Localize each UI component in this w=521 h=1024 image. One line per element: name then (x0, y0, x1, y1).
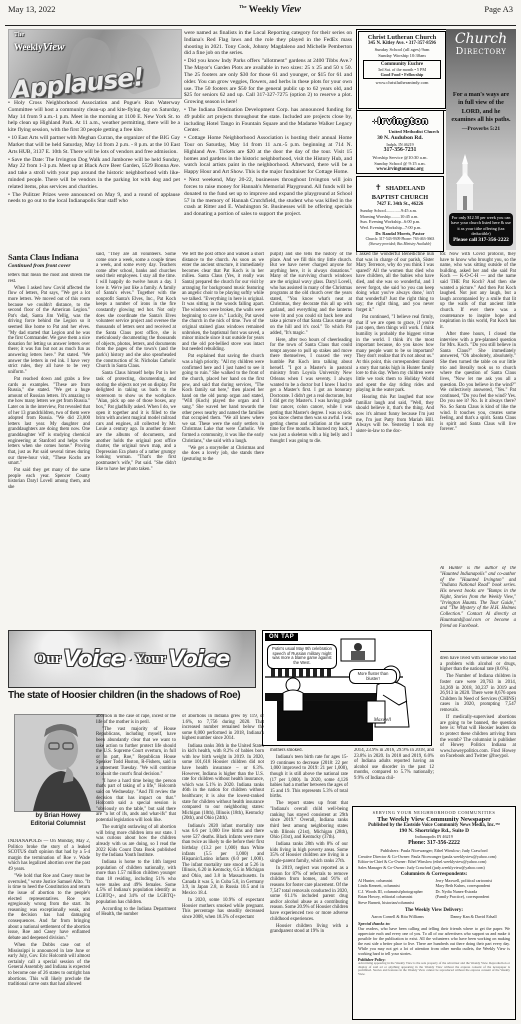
page-number: Page A3 (484, 4, 513, 14)
applause-graphic: TheWeeklyView Applause! (8, 29, 182, 99)
hoosier-column-6: dren have lived with someone who had a p… (440, 656, 516, 790)
church-name: SHADELAND (386, 185, 426, 192)
church-phone: 317-356-7231 (357, 147, 443, 155)
hoosier-column-4: mothers smoked.Indiana's teen birth rate… (270, 748, 348, 1020)
column-divider (440, 651, 516, 652)
cartoonist-signature: Maxwell (374, 718, 391, 723)
columnists-list: Al Hunter, columnistLinda Kennett, colum… (358, 878, 510, 906)
church-phone: Church: 317-543-9309 Phone: 763-463-3663 (357, 237, 443, 242)
page-header: May 13, 2022 The Weekly View Page A3 (8, 4, 513, 15)
church-directory-panel: Church Directory For a man's ways are in… (446, 29, 516, 250)
issue-date: May 13, 2022 (8, 4, 55, 14)
editorial-cartoon: ON TAP Putin's usual May 9th celebration… (262, 630, 432, 746)
ad-irvington-umc: ✛Irvington United Methodist Church 30 N.… (356, 110, 444, 174)
masthead-title: The Weekly View (239, 4, 301, 15)
delivery-header: The Weekly View Delivery: (358, 908, 510, 913)
author-bio: Al Hunter is the author of the "Haunted … (440, 566, 516, 648)
newspaper-page: May 13, 2022 The Weekly View Page A3 The… (0, 0, 521, 1024)
directory-promo-box: For only $12.50 per week you can have yo… (449, 213, 513, 246)
masthead-info-box: SERVING YOUR NEIGHBORHOOD COMMUNITIES Th… (352, 806, 516, 1020)
church-directory-title: Church Directory (446, 29, 516, 57)
special-thanks: Our readers, who have been calling and t… (358, 926, 510, 957)
ad-christ-lutheran: Christ Lutheran Church 345 N. Kitley Ave… (356, 29, 448, 111)
paper-phone: Phone: 317-356-2222 (358, 840, 510, 846)
santa-column-a: letters that mean the most and shreds th… (8, 273, 90, 626)
publisher-policy: Advertising appearing in the Weekly View… (358, 962, 510, 977)
service-schedule: Sunday School..............9:45 a.m. Mor… (357, 208, 443, 231)
applause-column-2: were named as finalists in the Local Rep… (184, 30, 352, 249)
applause-column-1: • Holy Cross Neighborhood Association an… (8, 100, 180, 249)
hoosier-column-3: of abortions in Indiana grew by 119, or … (182, 714, 264, 1020)
serving-line: SERVING YOUR NEIGHBORHOOD COMMUNITIES (358, 810, 510, 815)
speech-bubble: Putin's usual May 9th celebration speech… (267, 644, 337, 669)
article-headline: The state of Hoosier children (in the sh… (8, 690, 260, 701)
church-website: www.christlutheranindy.com (359, 80, 445, 86)
promo-phone: Please call 317-356-2222 (451, 237, 511, 244)
speech-bubble: More fluster than bluster! (349, 669, 397, 684)
hoosier-column-2: abortion in the case of rape, incest or … (96, 714, 176, 1020)
church-website: www.irvingtonumc.org (357, 167, 443, 173)
verse-reference: —Proverbs 5:21 (450, 126, 512, 133)
byline: by Brian Howey Editorial Columnist (8, 813, 108, 828)
santa-column-f: tor. Now with Covid protocol, they have … (440, 252, 516, 562)
paper-title: The Weekly View Community Newspaper (358, 816, 510, 823)
columnist-portrait-photo (14, 714, 104, 812)
on-tap-label: ON TAP (265, 633, 298, 641)
header-divider (5, 25, 516, 26)
santa-column-c: We left the post office and walked a sho… (182, 252, 264, 626)
cross-icon: ✝ (375, 183, 382, 192)
santa-column-e: I asked the wonderful Benedictine nun th… (356, 252, 434, 626)
church-name: Irvington (377, 117, 428, 127)
hoosier-column-5: 2014, 23.9% in 2016, 29.9% in 2018, and … (354, 748, 434, 804)
bible-verse: For a man's ways are in full view of the… (450, 91, 512, 134)
euchre-box: Community Euchre 3rd Sat. of the month •… (363, 60, 441, 79)
church-steeple-image (452, 154, 478, 210)
delivery-names: Aaron Cornell & Rita Williams Danny Kan … (358, 914, 510, 919)
weekly-view-logo: TheWeeklyView (14, 32, 65, 54)
publishers-line: Publishers: Paula Nicewanger; Ethel Wins… (358, 848, 510, 853)
hoosier-column-1: INDIANAPOLIS — On Monday, May 2, Politic… (8, 839, 90, 1020)
our-voice-your-voice-banner: Our Voice • Your Voice (8, 630, 256, 688)
church-name: Christ Lutheran Church (359, 34, 445, 41)
church-address: 30 N. Audubon Rd. (357, 135, 443, 142)
santa-column-d: pulpit) and she tells the history of the… (270, 252, 352, 626)
columnists-header: Columnists & Correspondents: (358, 872, 510, 877)
ad-shadeland-baptist: ✝ SHADELAND BAPTIST CHURCH 7427 E. 34th … (356, 176, 444, 252)
service-time: Sunday Worship 10:30am (359, 53, 445, 59)
santa-column-b: said, "They are all volunteers. Some com… (96, 252, 176, 626)
